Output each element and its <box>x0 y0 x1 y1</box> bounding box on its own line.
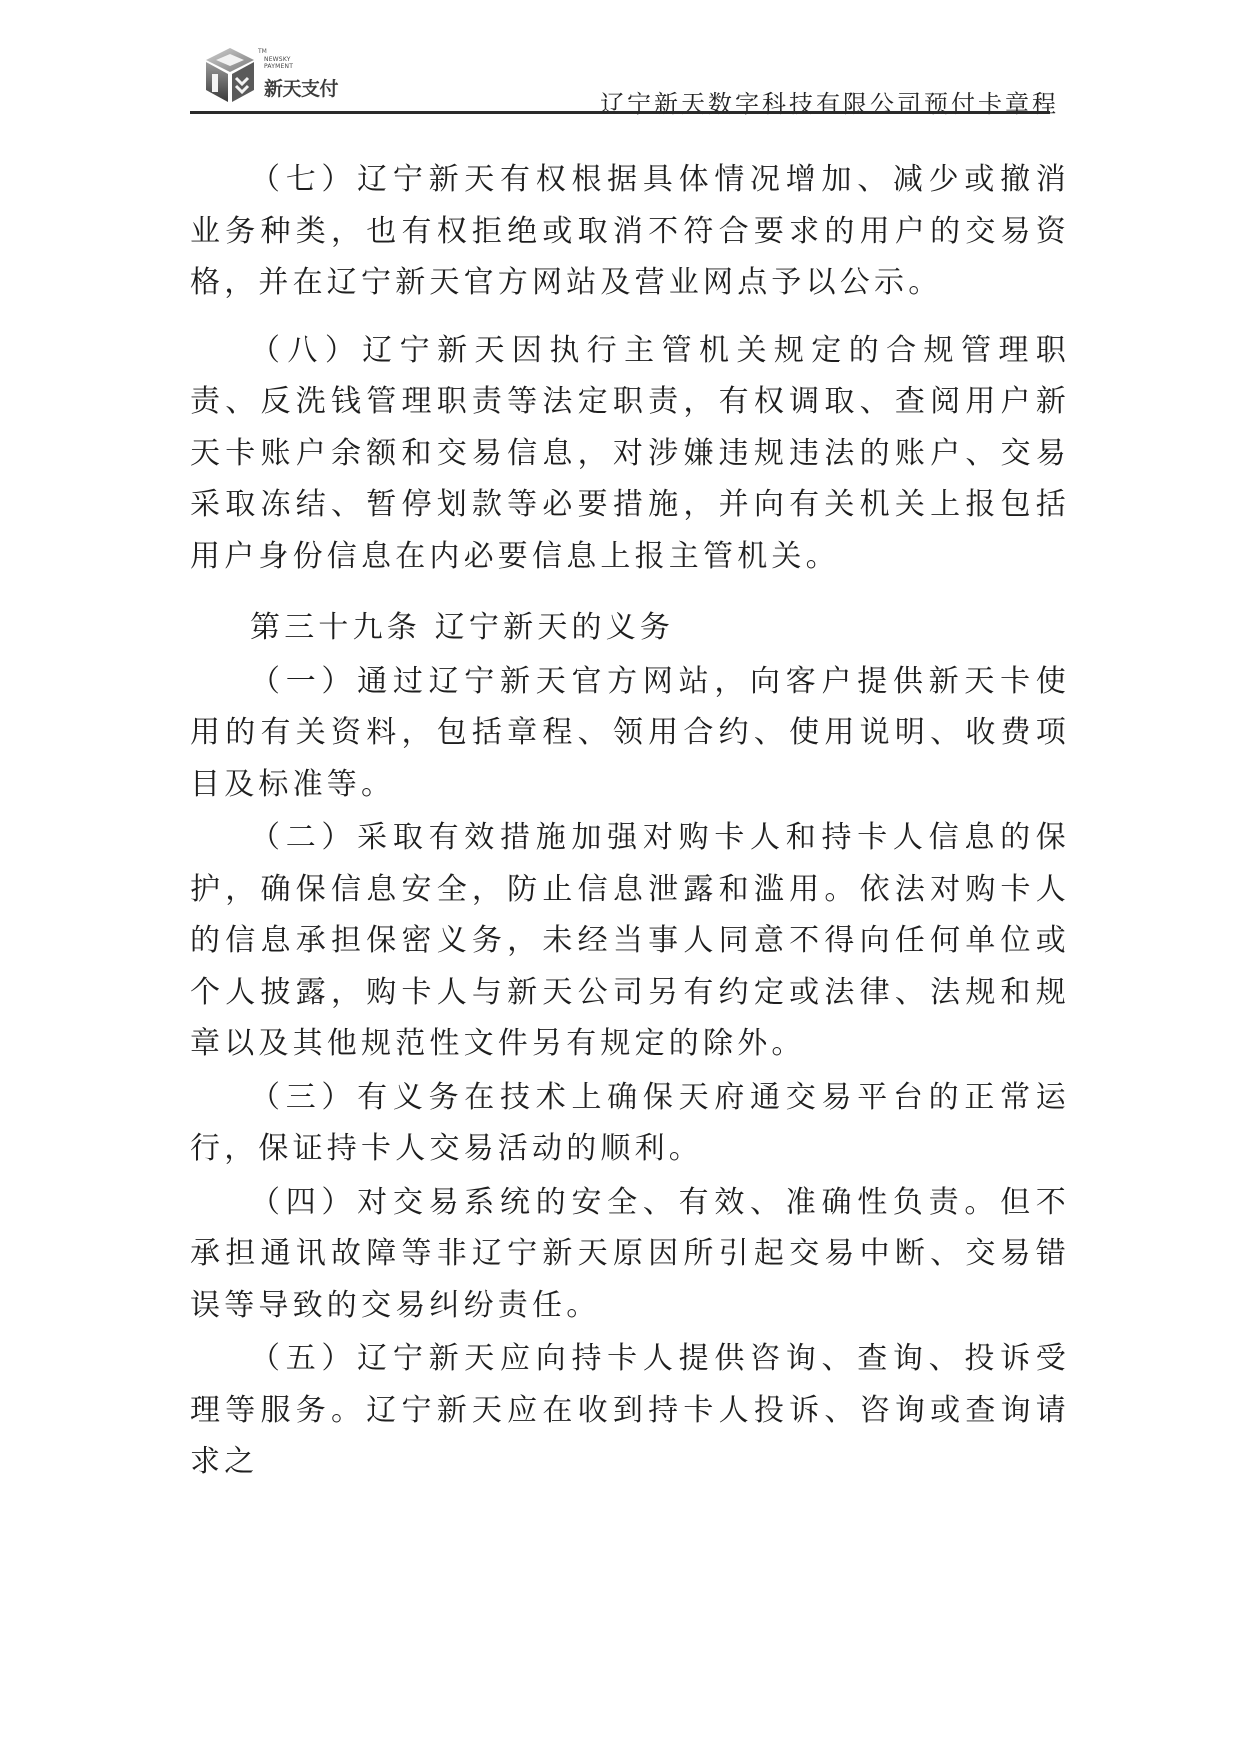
document-page: TM NEWSKY PAYMENT 新天支付 辽宁新天数字科技有限公司预付卡章程… <box>0 0 1240 1753</box>
paragraph-duty-4: （四）对交易系统的安全、有效、准确性负责。但不承担通讯故障等非辽宁新天原因所引起… <box>190 1177 1070 1332</box>
logo-chinese-name: 新天支付 <box>264 74 338 101</box>
header-divider <box>190 111 1050 114</box>
company-logo: TM NEWSKY PAYMENT 新天支付 <box>200 44 340 104</box>
paragraph-duty-5: （五）辽宁新天应向持卡人提供咨询、查询、投诉受理等服务。辽宁新天应在收到持卡人投… <box>190 1333 1070 1488</box>
paragraph-item-7: （七）辽宁新天有权根据具体情况增加、减少或撤消业务种类，也有权拒绝或取消不符合要… <box>190 154 1070 309</box>
newsky-cube-logo-icon <box>200 44 260 106</box>
article-39-heading: 第三十九条 辽宁新天的义务 <box>190 602 1070 654</box>
paragraph-duty-3: （三）有义务在技术上确保天府通交易平台的正常运行，保证持卡人交易活动的顺利。 <box>190 1072 1070 1175</box>
paragraph-duty-2: （二）采取有效措施加强对购卡人和持卡人信息的保护，确保信息安全，防止信息泄露和滥… <box>190 812 1070 1070</box>
trademark-label: TM <box>258 48 267 55</box>
logo-english-name: NEWSKY PAYMENT <box>264 56 293 70</box>
paragraph-item-8: （八）辽宁新天因执行主管机关规定的合规管理职责、反洗钱管理职责等法定职责，有权调… <box>190 325 1070 583</box>
paragraph-duty-1: （一）通过辽宁新天官方网站，向客户提供新天卡使用的有关资料，包括章程、领用合约、… <box>190 656 1070 811</box>
document-body: （七）辽宁新天有权根据具体情况增加、减少或撤消业务种类，也有权拒绝或取消不符合要… <box>190 154 1070 1488</box>
